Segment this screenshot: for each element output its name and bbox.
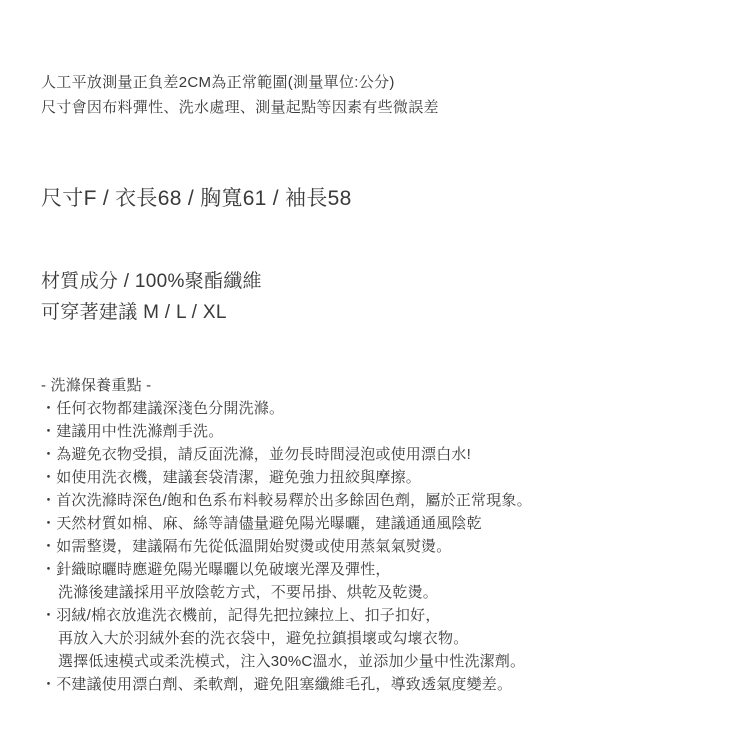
care-instruction-line: ・任何衣物都建議深淺色分開洗滌。 <box>41 397 532 420</box>
care-instruction-continuation-line: 選擇低速模式或柔洗模式，注入30%C溫水，並添加少量中性洗潔劑。 <box>41 650 532 673</box>
care-instruction-line: ・針織晾曬時應避免陽光曝曬以免破壞光澤及彈性， <box>41 558 532 581</box>
care-instruction-line: ・羽絨/棉衣放進洗衣機前，記得先把拉鍊拉上、扣子扣好， <box>41 604 532 627</box>
measurement-tolerance-note: 人工平放測量正負差2CM為正常範圍(測量單位:公分) <box>41 70 439 95</box>
wear-suggestion-line: 可穿著建議 M / L / XL <box>41 297 262 328</box>
measurement-notes: 人工平放測量正負差2CM為正常範圍(測量單位:公分) 尺寸會因布料彈性、洗水處理… <box>41 70 439 120</box>
care-instruction-line: ・為避免衣物受損，請反面洗滌，並勿長時間浸泡或使用漂白水! <box>41 443 532 466</box>
material-composition-line: 材質成分 / 100%聚酯纖維 <box>41 266 262 297</box>
care-instruction-line: ・如使用洗衣機，建議套袋清潔，避免強力扭絞與摩擦。 <box>41 466 532 489</box>
care-instruction-line: ・天然材質如棉、麻、絲等請儘量避免陽光曝曬，建議通通風陰乾 <box>41 512 532 535</box>
care-instruction-continuation-line: 再放入大於羽絨外套的洗衣袋中，避免拉鎮損壞或勾壞衣物。 <box>41 627 532 650</box>
washing-care-title: - 洗滌保養重點 - <box>41 374 532 397</box>
care-instruction-line: ・如需整燙，建議隔布先從低溫開始熨燙或使用蒸氣氣熨燙。 <box>41 535 532 558</box>
care-instruction-line: ・首次洗滌時深色/飽和色系布料較易釋於出多餘固色劑，屬於正常現象。 <box>41 489 532 512</box>
measurement-variance-note: 尺寸會因布料彈性、洗水處理、測量起點等因素有些微誤差 <box>41 95 439 120</box>
material-info-block: 材質成分 / 100%聚酯纖維 可穿著建議 M / L / XL <box>41 266 262 328</box>
care-instruction-line: ・建議用中性洗滌劑手洗。 <box>41 420 532 443</box>
product-care-info-page: 人工平放測量正負差2CM為正常範圍(測量單位:公分) 尺寸會因布料彈性、洗水處理… <box>0 0 750 750</box>
care-instruction-line: ・不建議使用漂白劑、柔軟劑，避免阻塞纖維毛孔，導致透氣度變差。 <box>41 673 532 696</box>
size-measurements-line: 尺寸F / 衣長68 / 胸寬61 / 袖長58 <box>41 185 352 212</box>
washing-care-section: - 洗滌保養重點 - ・任何衣物都建議深淺色分開洗滌。 ・建議用中性洗滌劑手洗。… <box>41 374 532 696</box>
care-instruction-continuation-line: 洗滌後建議採用平放陰乾方式，不要吊掛、烘乾及乾燙。 <box>41 581 532 604</box>
